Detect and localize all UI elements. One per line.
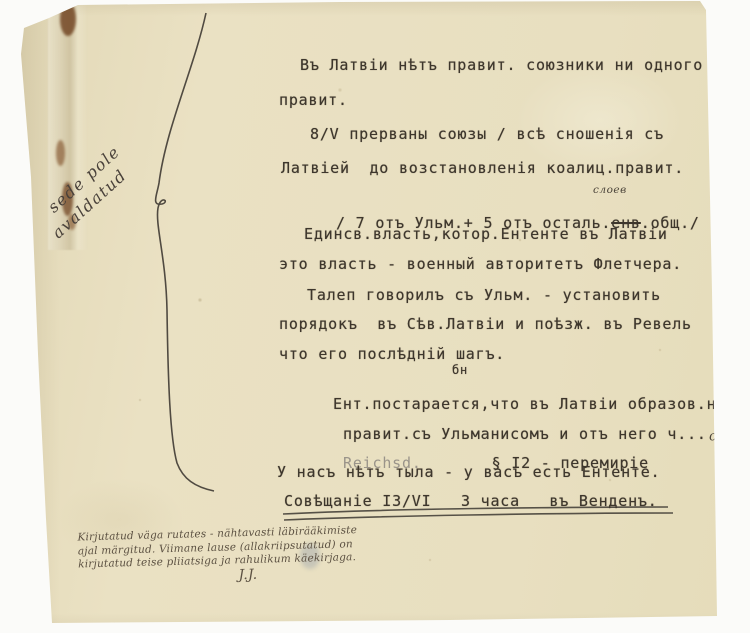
paper-sheet: sede pole avaldatud Въ Латвіи нѣтъ прави… [0, 0, 750, 633]
typed-line-2: правит. [279, 90, 348, 110]
margin-brace-line [156, 13, 214, 491]
handwritten-archivist-note: Kirjutatud väga rutates - nähtavasti läb… [77, 523, 418, 587]
typed-line-4: Латвіей до возстановленія коалиц.правит. [281, 158, 684, 178]
stain-mark [56, 140, 65, 166]
typed-line-8: Талеп говорилъ съ Ульм. - установить [307, 285, 661, 305]
typed-line-15-underlined: Совѣщаніе I3/VI 3 часа въ Венденъ. [284, 491, 658, 511]
scanned-document: sede pole avaldatud Въ Латвіи нѣтъ прави… [0, 0, 750, 633]
handwritten-word: основ [708, 425, 750, 448]
typed-line-1: Въ Латвіи нѣтъ правит. союзники ни одног… [300, 55, 703, 75]
margin-note-line: sede pole [43, 88, 184, 218]
typed-line-3: 8/V прерваны союзы / всѣ сношенія съ [310, 124, 664, 144]
typed-line-6: Единсв.власть,котор.Ентенте въ Латвіи [304, 224, 668, 244]
typed-line-7: это власть - военный авторитетъ Флетчера… [279, 254, 682, 274]
stain-mark [60, 2, 76, 36]
typed-line-10: что его послѣдній шагъ. [279, 344, 505, 364]
handwritten-margin-note: sede pole avaldatud [43, 88, 199, 234]
double-underline-bottom [284, 513, 673, 520]
typed-line-14: У насъ нѣтъ тыла - у васъ есть Ентенте. [277, 462, 660, 482]
margin-note-line: avaldatud [48, 104, 199, 243]
handwritten-correction: слоев [593, 180, 627, 200]
typed-superscript-insertion: бн [452, 360, 468, 380]
typed-line-9: порядокъ въ Сѣв.Латвіи и поѣзж. въ Ревел… [279, 314, 692, 334]
